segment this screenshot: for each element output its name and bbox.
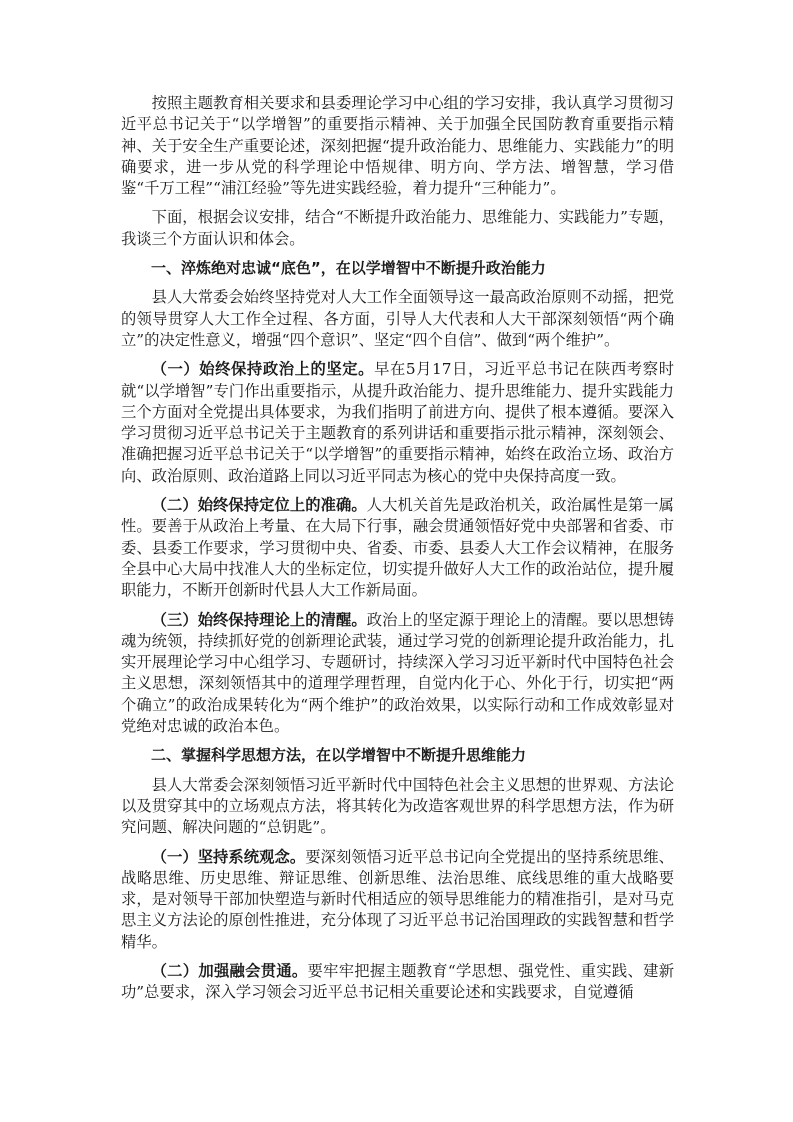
point-lead: （二）始终保持定位上的准确。 [152,496,367,514]
section-2-point-2: （二）加强融会贯通。要牢牢把握主题教育“学思想、强党性、重实践、建新功”总要求，… [121,961,674,1004]
point-lead: （二）加强融会贯通。 [152,962,308,980]
point-lead: （三）始终保持理论上的清醒。 [152,611,367,629]
section-heading-1: 一、淬炼绝对忠诚“底色”，在以学增智中不断提升政治能力 [121,258,674,279]
section-1-point-1: （一）始终保持政治上的坚定。早在5月17日，习近平总书记在陕西考察时就“以学增智… [121,359,674,487]
section-1-point-3: （三）始终保持理论上的清醒。政治上的坚定源于理论上的清醒。要以思想铸魂为统领，持… [121,610,674,738]
point-lead: （一）坚持系统观念。 [152,848,306,866]
point-lead: （一）始终保持政治上的坚定。 [152,360,374,378]
document-page: 按照主题教育相关要求和县委理论学习中心组的学习安排，我认真学习贯彻习近平总书记关… [121,93,674,1012]
intro-paragraph-2: 下面，根据会议安排，结合“不断提升政治能力、思维能力、实践能力”专题，我谈三个方… [121,207,674,250]
intro-paragraph: 按照主题教育相关要求和县委理论学习中心组的学习安排，我认真学习贯彻习近平总书记关… [121,93,674,199]
section-2-point-1: （一）坚持系统观念。要深刻领悟习近平总书记向全党提出的坚持系统思维、战略思维、历… [121,847,674,953]
section-2-intro: 县人大常委会深刻领悟习近平新时代中国特色社会主义思想的世界观、方法论以及贯穿其中… [121,775,674,839]
point-body: 政治上的坚定源于理论上的清醒。要以思想铸魂为统领，持续抓好党的创新理论武装，通过… [121,611,674,735]
section-heading-2: 二、掌握科学思想方法，在以学增智中不断提升思维能力 [121,745,674,766]
point-body: 早在5月17日，习近平总书记在陕西考察时就“以学增智”专门作出重要指示，从提升政… [121,360,674,484]
section-1-intro: 县人大常委会始终坚持党对人大工作全面领导这一最高政治原则不动摇，把党的领导贯穿人… [121,287,674,351]
section-1-point-2: （二）始终保持定位上的准确。人大机关首先是政治机关，政治属性是第一属性。要善于从… [121,495,674,601]
